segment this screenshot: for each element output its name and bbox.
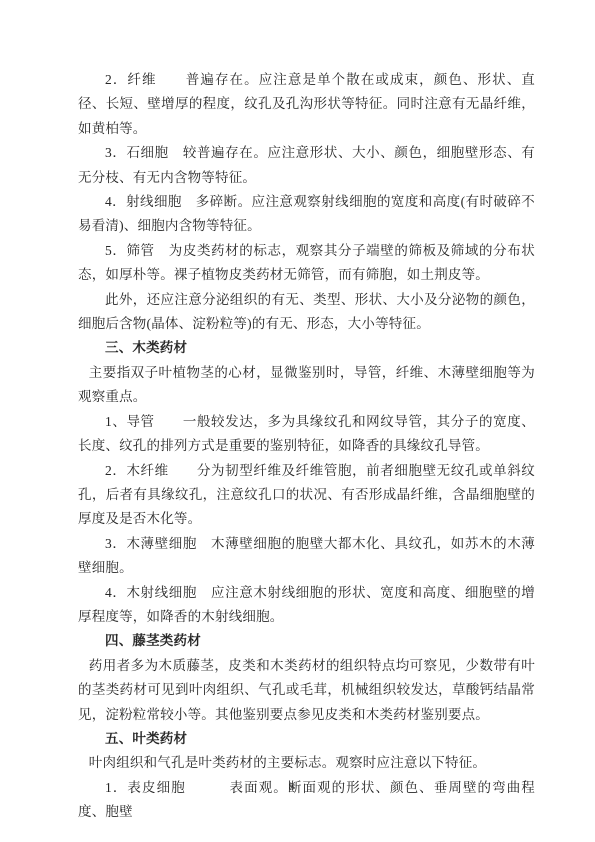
paragraph: 4．射线细胞 多碎断。应注意观察射线细胞的宽度和高度(有时破碎不易看清)、细胞内… [78, 190, 535, 239]
paragraph: 叶肉组织和气孔是叶类药材的主要标志。观察时应注意以下特征。 [78, 751, 535, 775]
paragraph: 3．石细胞 较普遍存在。应注意形状、大小、颜色，细胞壁形态、有无分枝、有无内含物… [78, 141, 535, 190]
section-heading: 四、藤茎类药材 [78, 629, 535, 653]
paragraph: 2．纤维 普遍存在。应注意是单个散在或成束，颜色、形状、直径、长短、壁增厚的程度… [78, 68, 535, 141]
page-number: 8 [0, 781, 583, 793]
paragraph: 此外，还应注意分泌组织的有无、类型、形状、大小及分泌物的颜色，细胞后含物(晶体、… [78, 288, 535, 337]
document-body: 2．纤维 普遍存在。应注意是单个散在或成束，颜色、形状、直径、长短、壁增厚的程度… [78, 68, 535, 825]
section-heading: 五、叶类药材 [78, 727, 535, 751]
paragraph: 4．木射线细胞 应注意木射线细胞的形状、宽度和高度、细胞壁的增厚程度等，如降香的… [78, 581, 535, 630]
section-heading: 三、木类药材 [78, 336, 535, 360]
paragraph: 1、导管 一般较发达，多为具缘纹孔和网纹导管，其分子的宽度、长度、纹孔的排列方式… [78, 410, 535, 459]
paragraph: 5．筛管 为皮类药材的标志，观察其分子端壁的筛板及筛域的分布状态，如厚朴等。裸子… [78, 239, 535, 288]
paragraph: 3．木薄壁细胞 木薄壁细胞的胞壁大都木化、具纹孔，如苏木的木薄壁细胞。 [78, 532, 535, 581]
document-page: 2．纤维 普遍存在。应注意是单个散在或成束，颜色、形状、直径、长短、壁增厚的程度… [0, 0, 595, 842]
paragraph: 主要指双子叶植物茎的心材，显微鉴别时，导管，纤维、木薄壁细胞等为观察重点。 [78, 361, 535, 410]
paragraph: 2．木纤维 分为韧型纤维及纤维管胞，前者细胞壁无纹孔或单斜纹孔，后者有具缘纹孔，… [78, 459, 535, 532]
paragraph: 药用者多为木质藤茎，皮类和木类药材的组织特点均可察见，少数带有叶的茎类药材可见到… [78, 654, 535, 727]
